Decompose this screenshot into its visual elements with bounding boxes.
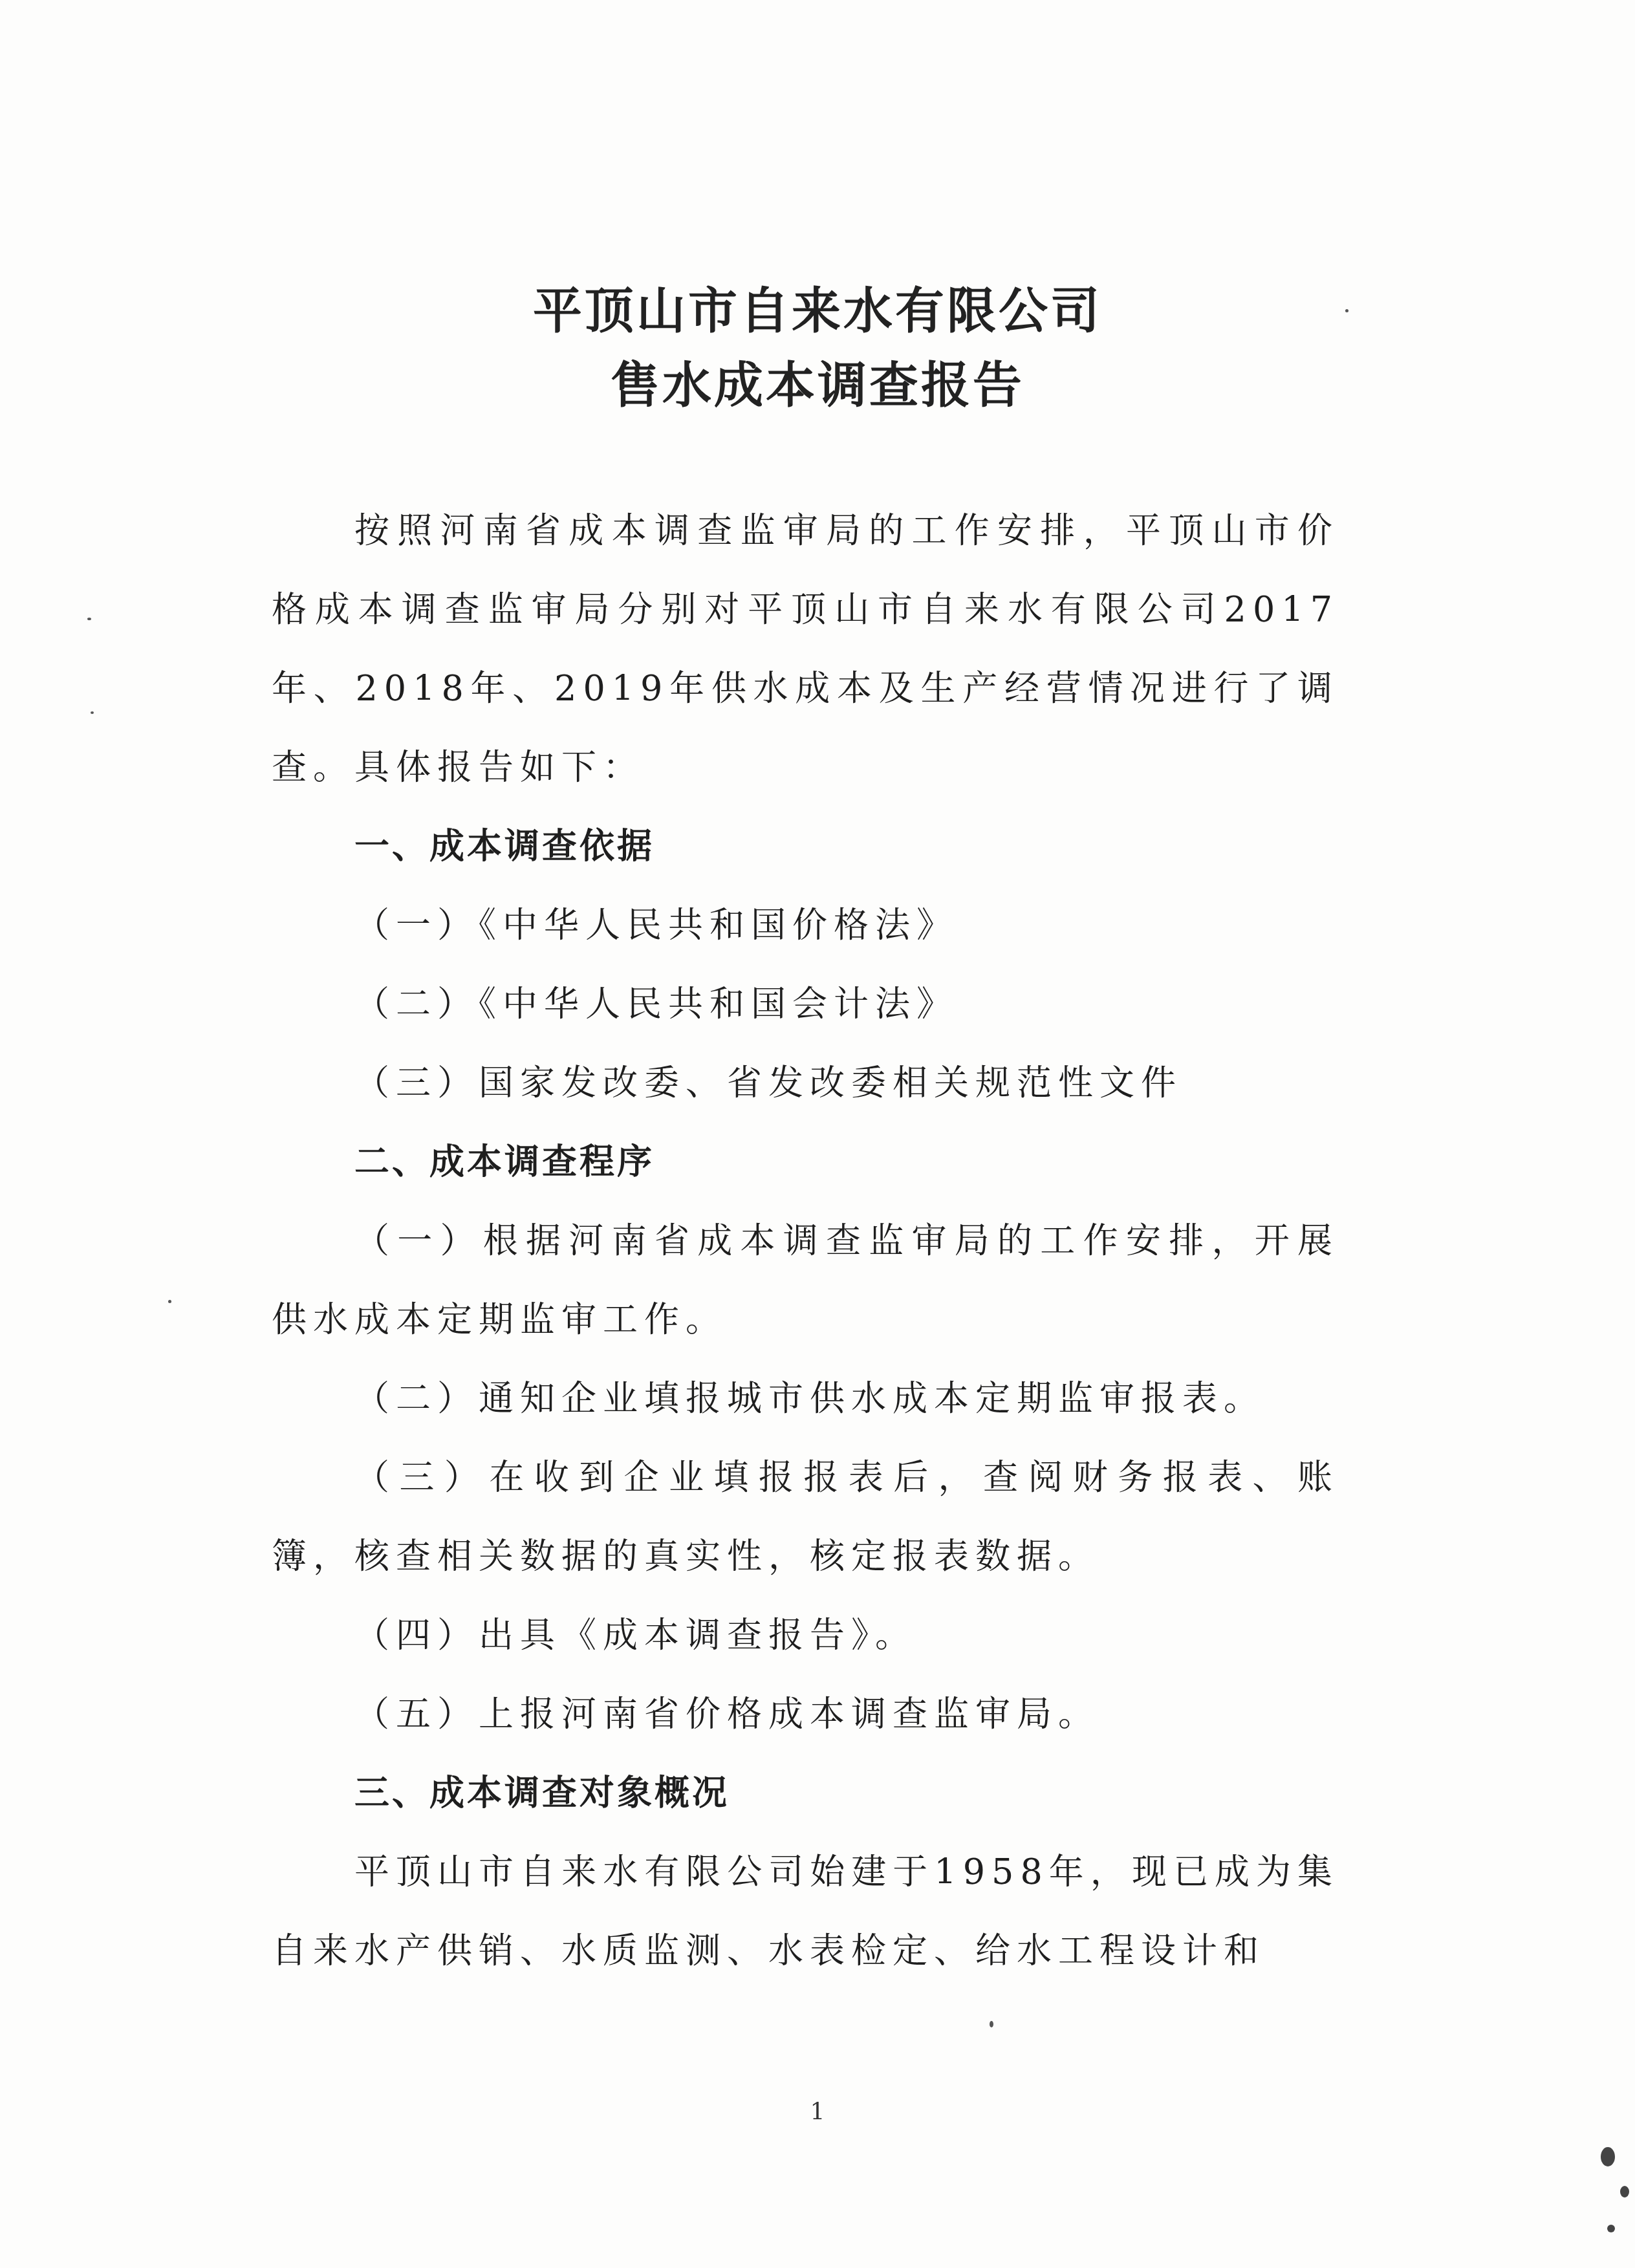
basis-item-2: （二）《中华人民共和国会计法》 (272, 965, 1339, 1044)
basis-item-3: （三）国家发改委、省发改委相关规范性文件 (272, 1044, 1339, 1123)
scan-speck (1620, 2186, 1629, 2198)
overview-paragraph: 平顶山市自来水有限公司始建于1958年，现已成为集自来水产供销、水质监测、水表检… (272, 1833, 1339, 1991)
document-title-line1: 平顶山市自来水有限公司 (0, 272, 1635, 342)
document-page: 平顶山市自来水有限公司 售水成本调查报告 按照河南省成本调查监审局的工作安排，平… (0, 0, 1635, 2268)
scan-speck (91, 711, 94, 714)
scan-speck (168, 1300, 171, 1303)
document-body: 按照河南省成本调查监审局的工作安排，平顶山市价格成本调查监审局分别对平顶山市自来… (272, 491, 1339, 1991)
scan-speck (990, 2021, 993, 2027)
document-title-line2: 售水成本调查报告 (0, 346, 1635, 416)
intro-paragraph: 按照河南省成本调查监审局的工作安排，平顶山市价格成本调查监审局分别对平顶山市自来… (272, 491, 1339, 807)
scan-speck (1601, 2147, 1615, 2166)
procedure-item-3: （三）在收到企业填报报表后，查阅财务报表、账簿，核查相关数据的真实性，核定报表数… (272, 1438, 1339, 1596)
basis-item-1: （一）《中华人民共和国价格法》 (272, 886, 1339, 965)
page-number: 1 (0, 2099, 1635, 2125)
procedure-item-5: （五）上报河南省价格成本调查监审局。 (272, 1675, 1339, 1754)
procedure-item-4: （四）出具《成本调查报告》。 (272, 1596, 1339, 1675)
scan-speck (1607, 2225, 1615, 2232)
scan-speck (87, 618, 91, 620)
section-heading-procedure: 二、成本调查程序 (272, 1123, 1339, 1202)
procedure-item-2: （二）通知企业填报城市供水成本定期监审报表。 (272, 1359, 1339, 1438)
section-heading-overview: 三、成本调查对象概况 (272, 1754, 1339, 1833)
scan-speck (1345, 309, 1348, 312)
section-heading-basis: 一、成本调查依据 (272, 807, 1339, 886)
procedure-item-1: （一）根据河南省成本调查监审局的工作安排，开展供水成本定期监审工作。 (272, 1202, 1339, 1359)
